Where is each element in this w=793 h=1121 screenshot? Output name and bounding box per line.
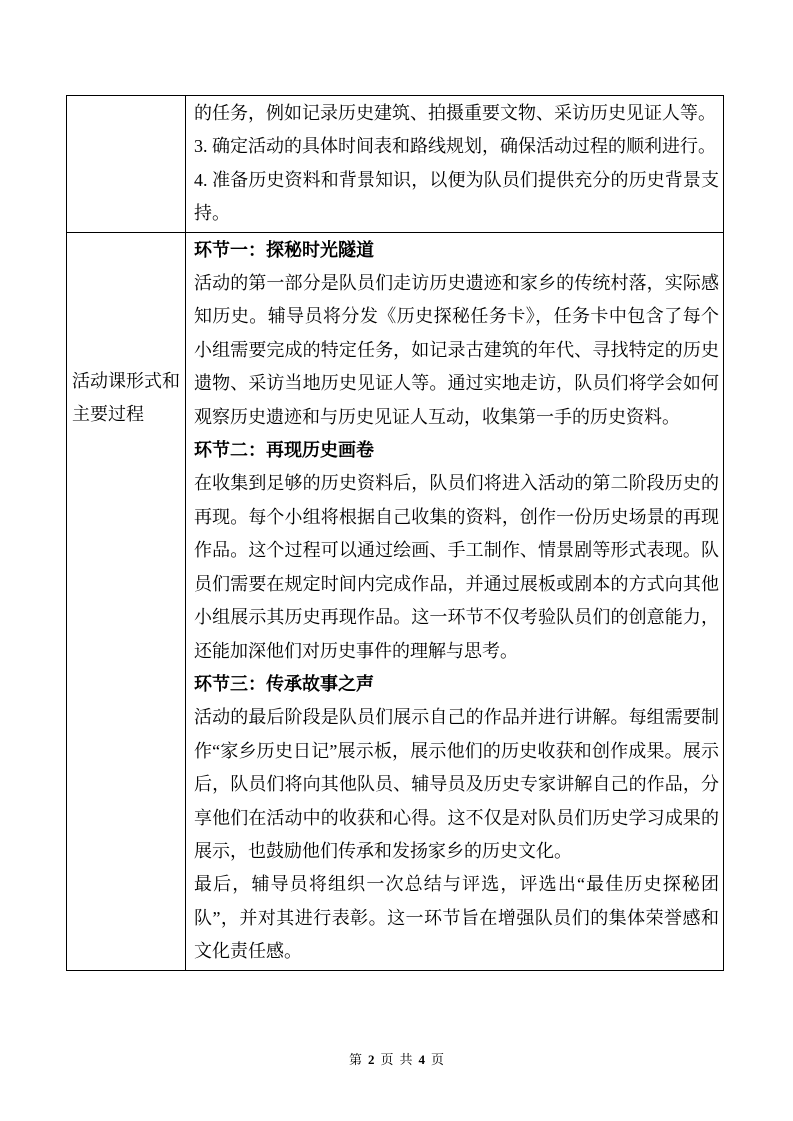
body-paragraph: 在收集到足够的历史资料后，队员们将进入活动的第二阶段历史的再现。每个小组将根据自… xyxy=(194,467,719,667)
section-heading-3: 环节三：传承故事之声 xyxy=(194,668,719,701)
table-row-activity-process: 活动课形式和主要过程 环节一：探秘时光隧道 活动的第一部分是队员们走访历史遗迹和… xyxy=(67,232,723,970)
lesson-plan-table: 的任务，例如记录历史建筑、拍摄重要文物、采访历史见证人等。 3. 确定活动的具体… xyxy=(66,95,724,971)
page-footer: 第2页共4页 xyxy=(0,1050,793,1070)
footer-page-number: 2 xyxy=(368,1052,375,1067)
row-label-cell xyxy=(67,96,186,232)
section-heading-1: 环节一：探秘时光隧道 xyxy=(194,234,719,267)
table-row-preparation-continued: 的任务，例如记录历史建筑、拍摄重要文物、采访历史见证人等。 3. 确定活动的具体… xyxy=(67,96,723,232)
body-paragraph: 4. 准备历史资料和背景知识，以便为队员们提供充分的历史背景支持。 xyxy=(194,164,719,231)
body-paragraph: 活动的第一部分是队员们走访历史遗迹和家乡的传统村落，实际感知历史。辅导员将分发《… xyxy=(194,267,719,434)
body-paragraph: 3. 确定活动的具体时间表和路线规划，确保活动过程的顺利进行。 xyxy=(194,130,719,163)
section-heading-2: 环节二：再现历史画卷 xyxy=(194,434,719,467)
document-page: { "document": { "table": { "rows": [ { "… xyxy=(0,0,793,1121)
footer-total-unit: 页 xyxy=(431,1052,444,1067)
body-paragraph: 最后，辅导员将组织一次总结与评选，评选出“最佳历史探秘团队”，并对其进行表彰。这… xyxy=(194,868,719,968)
body-paragraph: 的任务，例如记录历史建筑、拍摄重要文物、采访历史见证人等。 xyxy=(194,97,719,130)
footer-total-pages: 4 xyxy=(419,1052,426,1067)
footer-prefix: 第 xyxy=(349,1052,362,1067)
row-label: 活动课形式和主要过程 xyxy=(72,371,180,424)
footer-page-unit: 页 xyxy=(380,1052,393,1067)
row-content-cell: 环节一：探秘时光隧道 活动的第一部分是队员们走访历史遗迹和家乡的传统村落，实际感… xyxy=(186,233,723,970)
row-label-cell: 活动课形式和主要过程 xyxy=(67,233,186,970)
footer-separator: 共 xyxy=(400,1052,413,1067)
body-paragraph: 活动的最后阶段是队员们展示自己的作品并进行讲解。每组需要制作“家乡历史日记”展示… xyxy=(194,701,719,868)
row-content-cell: 的任务，例如记录历史建筑、拍摄重要文物、采访历史见证人等。 3. 确定活动的具体… xyxy=(186,96,723,232)
